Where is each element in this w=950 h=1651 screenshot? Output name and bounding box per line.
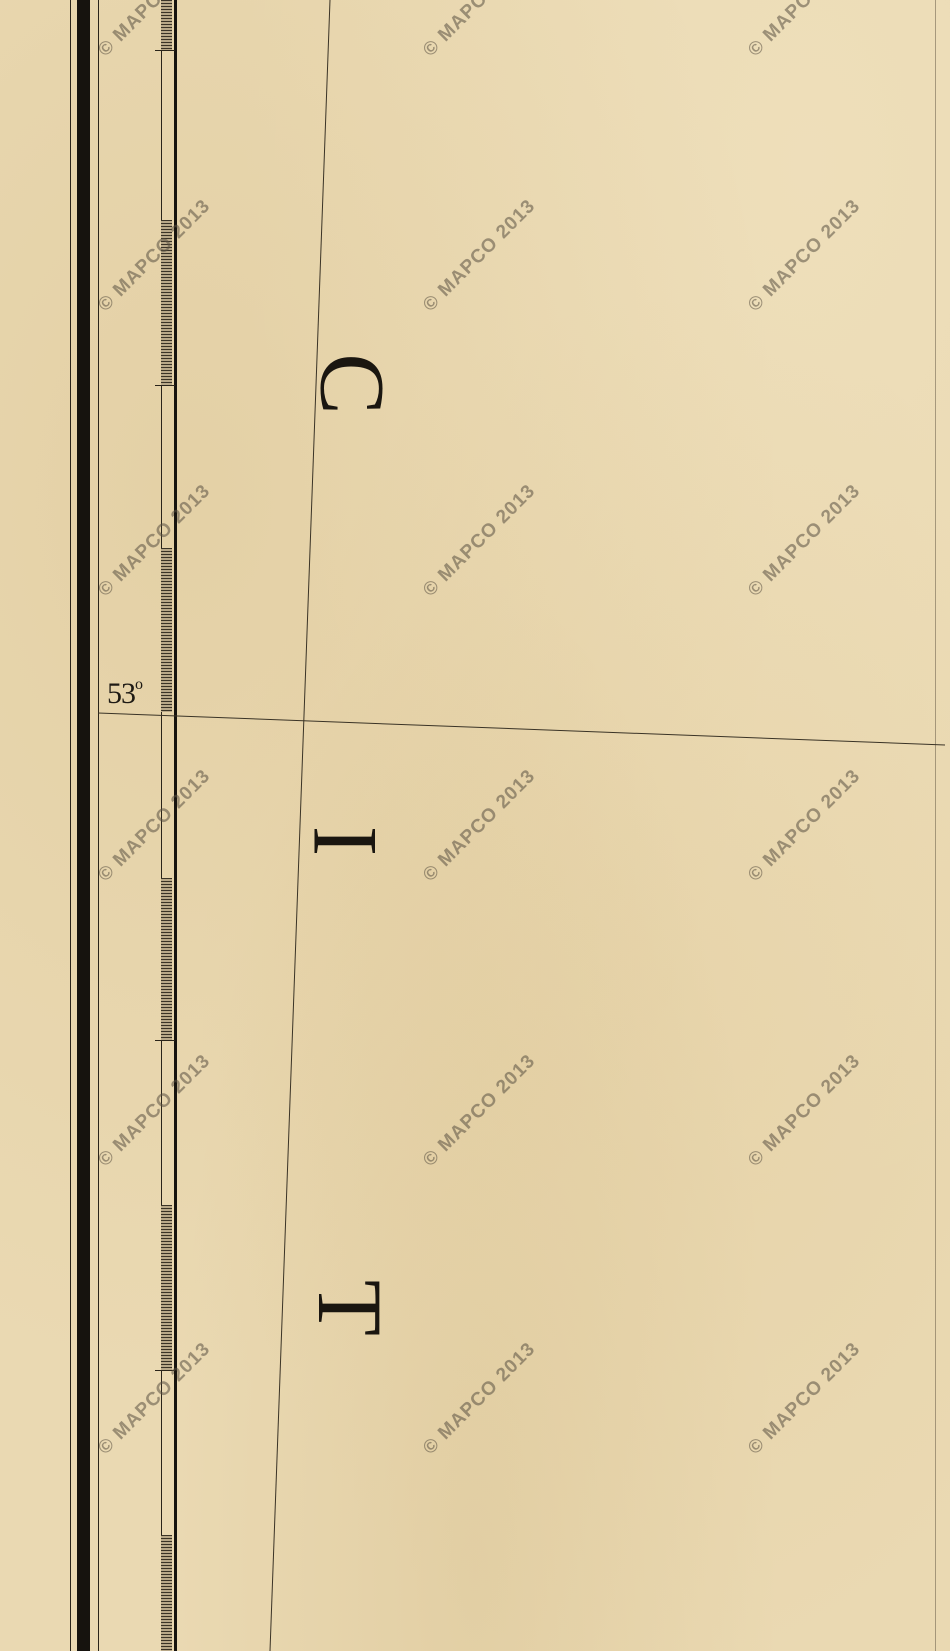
sea-letter-c: C <box>307 353 399 414</box>
latitude-label-53-degrees: 53o <box>107 676 142 711</box>
sea-letter-i: I <box>299 826 391 857</box>
latitude-value: 53 <box>107 677 135 710</box>
degree-symbol: o <box>135 676 142 693</box>
latitude-53-line <box>98 713 945 745</box>
sea-letter-t: T <box>304 1280 396 1336</box>
